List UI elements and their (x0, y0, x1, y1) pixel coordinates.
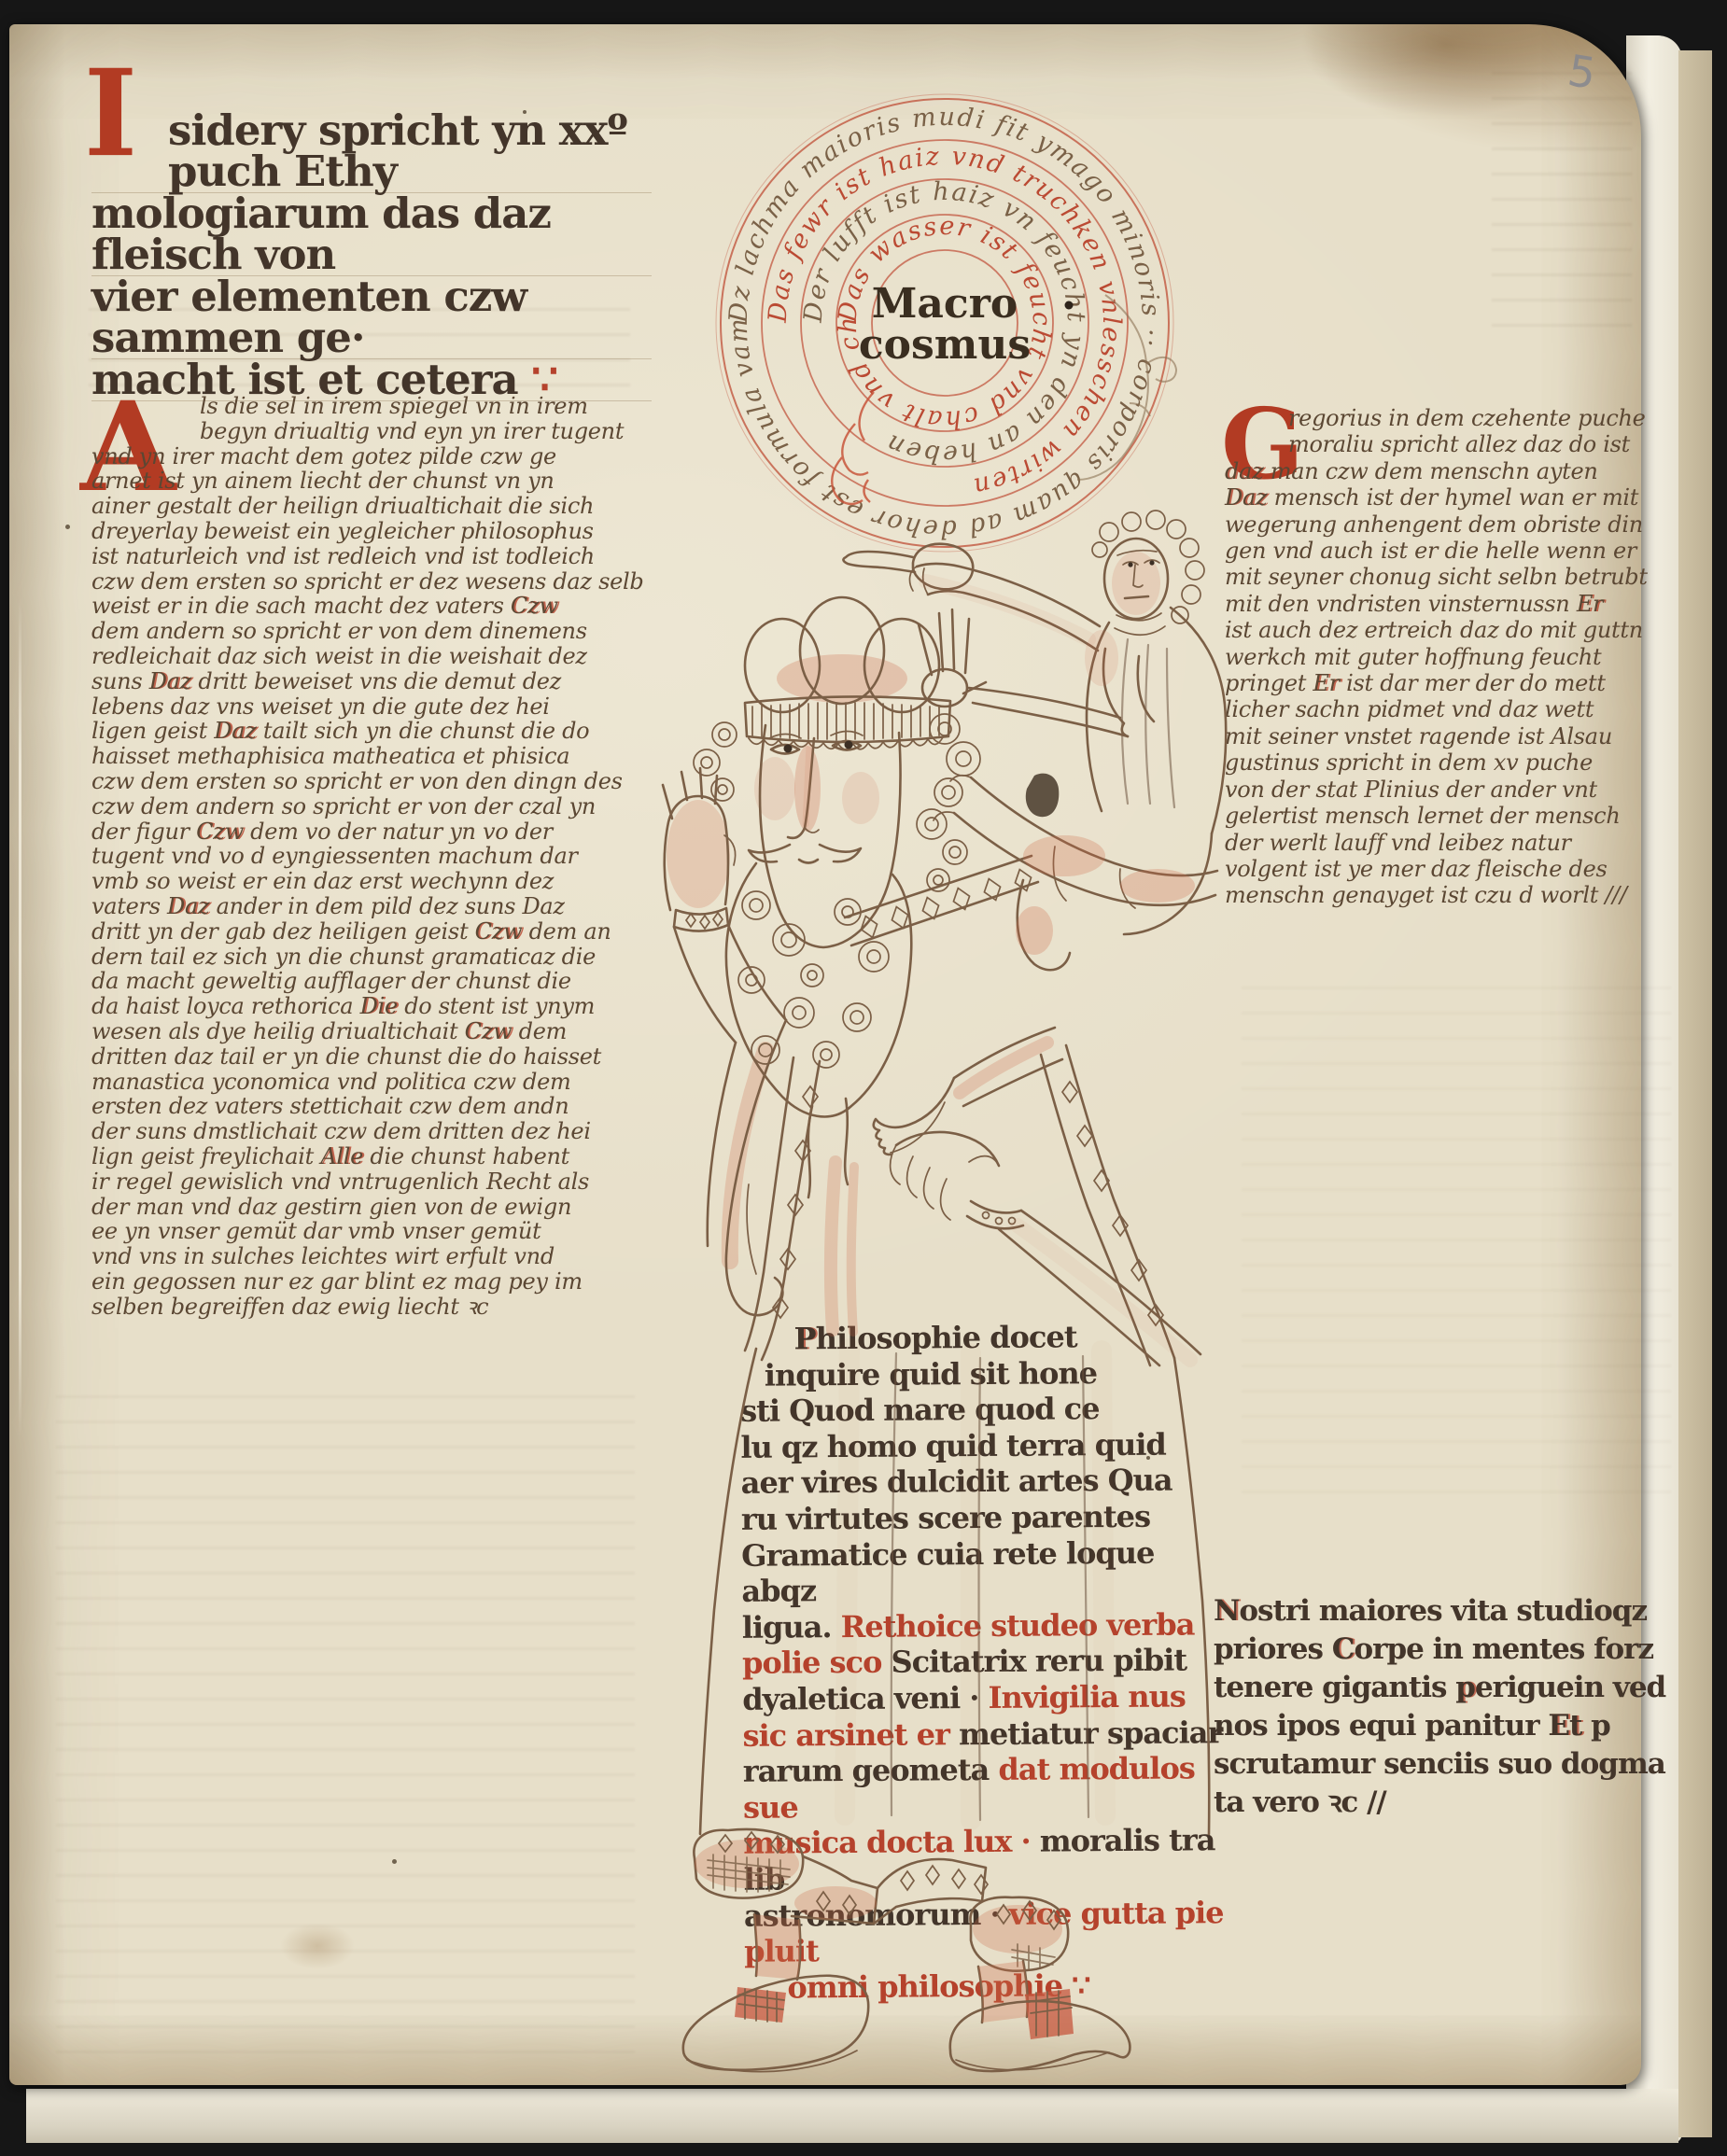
text-line: dyaletica veni · Invigilia nus (742, 1678, 1228, 1717)
text-line: priores Corpe in mentes forz (1214, 1631, 1685, 1669)
text-line: ligua. Rethoice studeo verba (742, 1606, 1228, 1645)
under-leaf-bottom-edge (26, 2089, 1678, 2143)
text-line: Philosophie docet (739, 1318, 1225, 1357)
text-line: wegerung anhengent dem obriste din (1225, 511, 1690, 538)
text-line: der man vnd daz gestirn gien von de ewig… (91, 1195, 652, 1220)
text-line: wesen als dye heilig driualtichait Czw d… (91, 1019, 652, 1044)
text-line: inquire quid sit hone (740, 1354, 1226, 1393)
text-line: gelertist mensch lernet der mensch (1225, 803, 1690, 829)
text-line: selben begreiffen daz ewig liecht ꝛc (91, 1295, 652, 1320)
text-line: haisset methaphisica matheatica et phisi… (91, 744, 652, 769)
text-line: scrutamur senciis suo dogma (1214, 1745, 1685, 1784)
text-line: dern tail ez sich yn die chunst gramatic… (91, 945, 652, 970)
text-line: lign geist freylichait Alle die chunst h… (91, 1144, 652, 1169)
text-line: regorius in dem czehente puche (1225, 405, 1690, 431)
text-line: arnet ist yn ainem liecht der chunst vn … (91, 469, 652, 494)
text-line: dreyerlay beweist ein yegleicher philoso… (91, 519, 652, 544)
heading-text: sidery spricht yn xxº puch Ethymologiaru… (91, 110, 652, 401)
text-line: ee yn vnser gemüt dar vmb vnser gemüt (91, 1219, 652, 1244)
right-text-column: regorius in dem czehente puchemoraliu sp… (1225, 405, 1690, 909)
robe-verse-text: Philosophie docetinquire quid sit honest… (739, 1318, 1229, 2006)
text-line: Daz mensch ist der hymel wan er mit (1225, 484, 1690, 511)
text-line: redleichait daz sich weist in die weisha… (91, 644, 652, 669)
text-line: aer vires dulcidit artes Qua (741, 1463, 1227, 1502)
text-line: dritt yn der gab dez heiligen geist Czw … (91, 919, 652, 945)
text-line: sic arsinet er metiatur spaciar (742, 1715, 1228, 1754)
text-line: vnd yn irer macht dem gotez pilde czw ge (91, 444, 652, 469)
binding-stitch (19, 597, 21, 1437)
text-line: ersten dez vaters stettichait czw dem an… (91, 1094, 652, 1119)
text-line: werkch mit guter hoffnung feucht (1225, 644, 1690, 670)
text-line: volgent ist ye mer daz fleische des (1225, 856, 1690, 882)
ink-speck (392, 1859, 397, 1864)
text-line: da macht geweltig aufflager der chunst d… (91, 969, 652, 994)
text-line: von der stat Plinius der ander vnt (1225, 777, 1690, 803)
bottom-right-text: Nostri maiores vita studioqzpriores Corp… (1214, 1592, 1685, 1822)
text-line: der figur Czw dem vo der natur yn vo der (91, 819, 652, 845)
text-line: da haist loyca rethorica Die do stent is… (91, 994, 652, 1019)
text-line: moraliu spricht allez daz do ist (1225, 431, 1690, 457)
text-line: polie sco Scitatrix reru pibit (742, 1643, 1228, 1682)
text-line: tenere gigantis periguein ved (1214, 1669, 1685, 1707)
text-line: omni philosophie ∵ (744, 1967, 1229, 2006)
text-line: mit den vndristen vinsternussn Er (1225, 591, 1690, 617)
text-line: dem andern so spricht er von dem dinemen… (91, 619, 652, 644)
ink-speck (65, 525, 70, 529)
text-line: czw dem andern so spricht er von der cza… (91, 794, 652, 819)
text-line: ist auch dez ertreich daz do mit guttn (1225, 617, 1690, 643)
text-line: gustinus spricht in dem xv puche (1225, 749, 1690, 776)
text-line: suns Daz dritt beweiset vns die demut de… (91, 669, 652, 694)
text-line: czw dem ersten so spricht er von den din… (91, 769, 652, 794)
text-line: manastica yconomica vnd politica czw dem (91, 1070, 652, 1095)
manuscript-scan: 5 I sidery spricht yn xxº puch Ethymolog… (0, 0, 1727, 2156)
text-line: vmb so weist er ein daz erst wechynn dez (91, 869, 652, 894)
text-line: musica docta lux · moralis tra lib (743, 1822, 1229, 1897)
text-line: vaters Daz ander in dem pild dez suns Da… (91, 894, 652, 919)
left-text-column: ls die sel in irem spiegel vn in irembeg… (91, 394, 652, 1319)
text-line: ru virtutes scere parentes (741, 1498, 1227, 1537)
text-line: lebens daz vns weiset yn die gute dez he… (91, 694, 652, 720)
text-line: vnd vns in sulches leichtes wirt erfult … (91, 1244, 652, 1269)
text-line: nos ipos equi panitur Et p (1214, 1707, 1685, 1745)
text-line: sti Quod mare quod ce (740, 1390, 1226, 1429)
text-line: sidery spricht yn xxº puch Ethy (91, 110, 652, 193)
text-line: daz man czw dem menschn ayten (1225, 458, 1690, 484)
text-line: vier elementen czw sammen ge· (91, 276, 652, 359)
text-line: lu qz homo quid terra quid (740, 1426, 1226, 1465)
text-line: licher sachn pidmet vnd daz wett (1225, 696, 1690, 722)
text-line: astronomorum · vice gutta pie pluit (744, 1895, 1230, 1970)
text-line: pringet Er ist dar mer der do mett (1225, 670, 1690, 696)
text-line: der werlt lauff vnd leibez natur (1225, 830, 1690, 856)
text-line: mit seyner chonug sicht selbn betrubt (1225, 564, 1690, 590)
board-edge (1678, 50, 1712, 2137)
text-line: ta vero ꝛc // (1214, 1784, 1685, 1822)
text-line: mit seiner vnstet ragende ist Alsau (1225, 723, 1690, 749)
text-line: ist naturleich vnd ist redleich vnd ist … (91, 544, 652, 569)
text-line: czw dem ersten so spricht er dez wesens … (91, 569, 652, 595)
text-line: mologiarum das daz fleisch von (91, 193, 652, 276)
text-line: ainer gestalt der heilign driualtichait … (91, 494, 652, 519)
text-line: ein gegossen nur ez gar blint ez mag pey… (91, 1269, 652, 1295)
text-line: ir regel gewislich vnd vntrugenlich Rech… (91, 1169, 652, 1195)
text-line: Gramatice cuia rete loque abqz (741, 1534, 1228, 1610)
text-line: menschn genayget ist czu d worlt /// (1225, 882, 1690, 908)
text-line: weist er in die sach macht dez vaters Cz… (91, 594, 652, 619)
text-line: ls die sel in irem spiegel vn in irem (91, 394, 652, 419)
text-line: dritten daz tail er yn die chunst die do… (91, 1044, 652, 1070)
text-line: gen vnd auch ist er die helle wenn er (1225, 538, 1690, 564)
text-line: der suns dmstlichait czw dem dritten dez… (91, 1119, 652, 1144)
text-line: ligen geist Daz tailt sich yn die chunst… (91, 719, 652, 744)
text-line: tugent vnd vo d eyngiessenten machum dar (91, 844, 652, 869)
text-line: begyn driualtig vnd eyn yn irer tugent (91, 419, 652, 444)
text-line: Nostri maiores vita studioqz (1214, 1592, 1685, 1631)
text-line: rarum geometa dat modulos sue (743, 1750, 1229, 1826)
